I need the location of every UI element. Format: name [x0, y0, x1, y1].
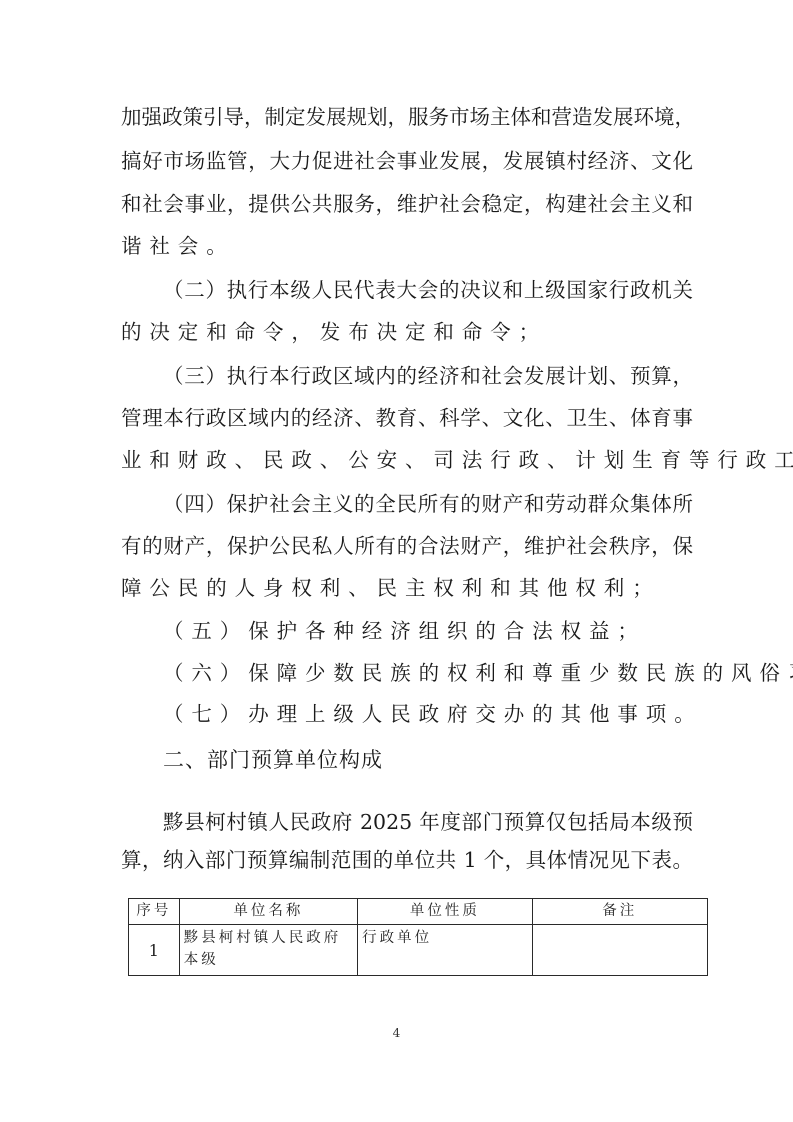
table-row: 1 黟县柯村镇人民政府本级 行政单位	[129, 925, 708, 976]
cell-remark	[532, 925, 707, 976]
list-item-7: （七）办理上级人民政府交办的其他事项。	[163, 700, 693, 728]
list-item-4-line: （四）保护社会主义的全民所有的财产和劳动群众集体所	[163, 490, 693, 518]
paragraph-line: 谐社会。	[121, 232, 693, 260]
paragraph-line: 和社会事业，提供公共服务，维护社会稳定，构建社会主义和	[121, 190, 693, 218]
list-item-4-line: 障公民的人身权利、民主权利和其他权利；	[121, 574, 693, 602]
paragraph-line: 搞好市场监管，大力促进社会事业发展，发展镇村经济、文化	[121, 147, 693, 175]
list-item-2-line: 的决定和命令，发布决定和命令；	[121, 318, 693, 346]
cell-index: 1	[129, 925, 180, 976]
section-heading: 二、部门预算单位构成	[163, 746, 383, 774]
paragraph-line: 加强政策引导，制定发展规划，服务市场主体和营造发展环境，	[121, 103, 693, 131]
list-item-3-line: 管理本行政区域内的经济、教育、科学、文化、卫生、体育事	[121, 404, 693, 432]
list-item-3-line: 业和财政、民政、公安、司法行政、计划生育等行政工作；	[121, 446, 693, 474]
header-unit-nature: 单位性质	[358, 899, 532, 925]
list-item-6: （六）保障少数民族的权利和尊重少数民族的风俗习惯；	[163, 659, 693, 687]
document-page: 加强政策引导，制定发展规划，服务市场主体和营造发展环境， 搞好市场监管，大力促进…	[0, 0, 793, 1122]
list-item-4-line: 有的财产，保护公民私人所有的合法财产，维护社会秩序，保	[121, 532, 693, 560]
cell-unit-nature: 行政单位	[358, 925, 532, 976]
list-item-3-line: （三）执行本行政区域内的经济和社会发展计划、预算，	[163, 362, 693, 390]
section-paragraph-line: 算，纳入部门预算编制范围的单位共 1 个，具体情况见下表。	[121, 846, 693, 874]
budget-units-table: 序号 单位名称 单位性质 备注 1 黟县柯村镇人民政府本级 行政单位	[128, 898, 708, 976]
header-unit-name: 单位名称	[179, 899, 357, 925]
section-paragraph-line: 黟县柯村镇人民政府 2025 年度部门预算仅包括局本级预	[163, 808, 693, 836]
cell-unit-name: 黟县柯村镇人民政府本级	[179, 925, 357, 976]
header-index: 序号	[129, 899, 180, 925]
table-header-row: 序号 单位名称 单位性质 备注	[129, 899, 708, 925]
page-number: 4	[0, 1026, 793, 1040]
header-remark: 备注	[532, 899, 707, 925]
list-item-5: （五）保护各种经济组织的合法权益；	[163, 617, 693, 645]
list-item-2-line: （二）执行本级人民代表大会的决议和上级国家行政机关	[163, 276, 693, 304]
